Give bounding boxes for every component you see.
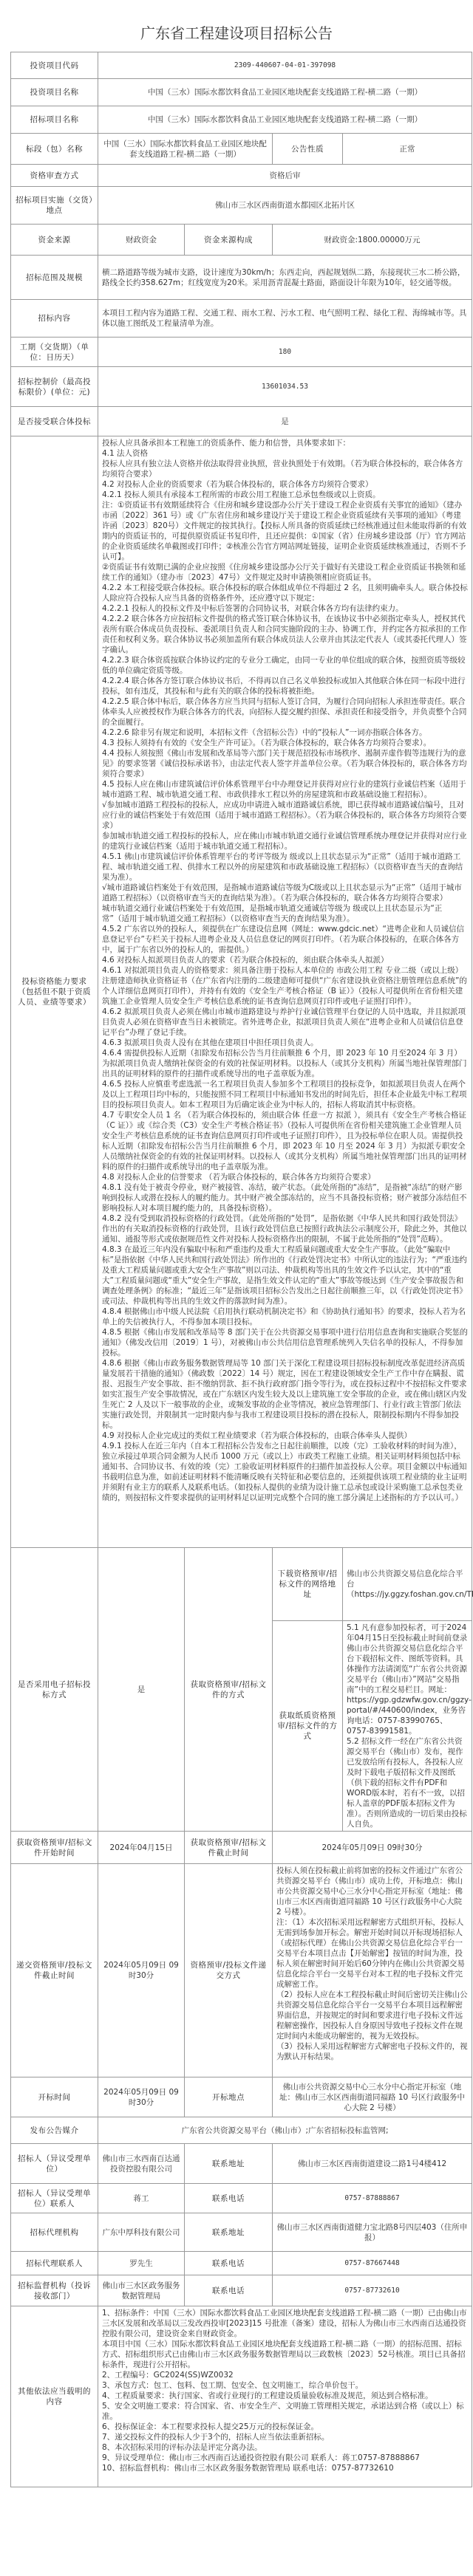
label-agency-contact: 招标代理联系人 xyxy=(11,2252,98,2275)
label-duration: 工期（交货期）（单位：日历天） xyxy=(11,338,98,367)
req-para: 投标人应具备承担本工程施工的资质条件、能力和信誉，具体要求如下： xyxy=(102,438,468,448)
req-para: 4.2.2.6 除非另有规定和说明，本招标文件（含招标公告）中的“投标人”一词亦… xyxy=(102,727,468,738)
req-para: 4.2.1 投标人须具有承接本工程所需的市政公用工程施工总承包叁级或以上资质。 xyxy=(102,490,468,500)
value-obtain-end: 2024年05月09日 09时30分 xyxy=(273,1832,472,1864)
req-para: 城市轨道交通行业诚信档案处于有效范围，是指城市轨道交通诚信等级为 级或以上且状态… xyxy=(102,903,468,924)
row-agency-contact: 招标代理联系人 罗先生 联系电话 0757-87667448 xyxy=(11,2252,472,2275)
req-para: 4.5.1 佛山市建筑诚信评价体系管理平台的考评等级为 级或以上且状态显示为“正… xyxy=(102,852,468,883)
req-para: 参加城市轨道交通工程投标的投标人，应在佛山市城市轨道交通行业诚信管理系统办理登记… xyxy=(102,831,468,852)
value-paper-method: 5.1 凡有意参加投标者，可于2024年04月15日至投标截止时间前登录佛山市公… xyxy=(343,1621,472,1832)
req-para: 4.6.5 投标人应慎重考虑选派一名工程项目负责人参加多个工程项目的投标竞争，如… xyxy=(102,1079,468,1110)
row-electronic-download: 是否采用电子招标投标方式 是 获取资格预审/招标文件的方式 下载资格预审/招标文… xyxy=(11,1548,472,1621)
value-opening-time: 2024年05月09日 09时30分 xyxy=(98,2077,185,2117)
req-para: 4.8 对投标人企业的信誉要求 （若为联合体投标的，联合体各方均须符合要求） xyxy=(102,1172,468,1182)
label-requirements: 投标资格能力要求（包括但不限于资质人员、业绩等要求） xyxy=(11,436,98,1548)
value-tender-project-name: 中国（三水）国际水都饮料食品工业园区地块配套支线道路工程-横二路（一期） xyxy=(98,106,472,134)
req-para: 4.7 专职安全人员 1 名 （若为联合体投标的，须由联合体 任意一方 拟派 ）… xyxy=(102,1110,468,1172)
row-tenderer-contact: 招标人（异议受理单位）联系人 蒋工 联系电话 0757-87888867 xyxy=(11,2184,472,2213)
label-scope: 招标范围及规模 xyxy=(11,256,98,300)
req-para: 4.3 投标人须持有有效的《安全生产许可证》。（若为联合体投标的，联合体各方均须… xyxy=(102,738,468,748)
req-para: 注：①资质证书有效期延续符合《住房和城乡建设部办公厅关于建设工程企业资质有关事宜… xyxy=(102,500,468,562)
req-para: 4.4 投标人须按照《佛山市发展和改革局等六部门关于规范招投标市场秩序、遏制弄虚… xyxy=(102,748,468,779)
value-investment-code: 2309-440607-04-01-397098 xyxy=(98,52,472,79)
row-opening: 开标时间 2024年05月09日 09时30分 开标地点 佛山市公共资源交易中心… xyxy=(11,2077,472,2117)
others-para: 2、工程编号：GC2024(SS)WZ0032 xyxy=(102,2370,468,2380)
others-para: 10、招标监督机构：佛山市三水区政务服务数据管理局 联系电话：0757-8773… xyxy=(102,2463,468,2473)
value-agency: 广东中厚科技有限公司 xyxy=(98,2213,185,2252)
label-agency: 招标代理机构 xyxy=(11,2213,98,2252)
value-funding: 财政资金 xyxy=(98,225,185,256)
req-para: 4.2.2.2 联合体各方应按招标文件提供的格式签订联合体协议书，在该协议书中必… xyxy=(102,614,468,655)
row-tender-project-name: 招标项目名称 中国（三水）国际水都饮料食品工业园区地块配套支线道路工程-横二路（… xyxy=(11,106,472,134)
req-para: 4.8.2 没有受到取消投标资格的行政处罚。（此处所指的“处罚”，是指依据《中华… xyxy=(102,1213,468,1244)
value-agency-contact: 罗先生 xyxy=(98,2252,185,2275)
value-consortium: 是 xyxy=(98,407,472,436)
req-para: 4.1 法人资格 xyxy=(102,448,468,459)
value-download-address[interactable]: 佛山市公共资源交易信息化综合平台 （https://jy.ggzy.foshan… xyxy=(343,1548,472,1621)
req-para: 4.6.3 拟派项目负责人没有在其他在建项目中担任项目负责人。 xyxy=(102,1038,468,1048)
req-para: 4.6 对投标人拟派项目负责人的要求（若为联合体投标的，须由联合体牵头人拟派） xyxy=(102,955,468,965)
req-para: 4.2.2.1 投标人的投标文件及中标后签署的合同协议书，对联合体各方均有法律约… xyxy=(102,603,468,614)
req-para: 4.8.1 没有处于被责令停业，财产被接管、冻结，破产状态。（此处所指的“冻结”… xyxy=(102,1182,468,1213)
others-para: 8、本次招标采用的评标办法是评定分离办法。 xyxy=(102,2442,468,2453)
row-qualification-review: 资格审查方式 资格后审 xyxy=(11,165,472,187)
label-tenderer-phone: 联系电话 xyxy=(185,2184,273,2213)
label-obtain-end: 获取资格预审/招标文件截止时间 xyxy=(185,1832,273,1864)
row-tenderer: 招标人（异议受理单位） 佛山市三水西南百达通投资控股有限公司 联系地址 佛山市三… xyxy=(11,2144,472,2184)
req-para: 4.5.2 广东省以外的投标人，须提供在广东建设信息网（网址：www.gdcic… xyxy=(102,924,468,955)
req-para: ②资质证书有效期已满的企业应按照《住房城乡建设部办公厅关于做好有关建设工程企业资… xyxy=(102,562,468,583)
value-supervisor: 佛山市三水区政务服务数据管理局 xyxy=(98,2275,185,2306)
label-funding-composition: 资金来源构成 xyxy=(185,225,273,256)
label-section-name: 标段（包）名称 xyxy=(11,134,98,165)
value-media: 广东省公共资源交易平台（佛山市）;广东省招标投标监管网; xyxy=(98,2117,472,2144)
req-para: 4.8.5 根据《佛山市发展和改革局等 8 部门关于在公共资源交易事项中进行信用… xyxy=(102,1327,468,1358)
others-para: 6、投标保证金：本工程要求投标人提交25万元的投标保证金。 xyxy=(102,2422,468,2432)
label-content: 招标内容 xyxy=(11,300,98,338)
label-location: 招标项目实施（交货）地点 xyxy=(11,187,98,225)
label-consortium: 是否接受联合体投标 xyxy=(11,407,98,436)
label-tender-project-name: 招标项目名称 xyxy=(11,106,98,134)
row-investment-name: 投资项目名称 中国（三水）国际水都饮料食品工业园区地块配套支线道路工程-横二路（… xyxy=(11,79,472,106)
row-consortium: 是否接受联合体投标 是 xyxy=(11,407,472,436)
label-notice-nature: 公告性质 xyxy=(273,134,343,165)
row-others: 其他依法应当载明的内容 1、招标条件：中国（三水）国际水都饮料食品工业园区地块配… xyxy=(11,2306,472,2487)
value-tenderer-address: 佛山市三水区西南街道建设二路1号4楼412 xyxy=(273,2144,472,2184)
others-para: 3、承包方式：包工、包料、包工期、包安全、包文明施工，综合单价包干。 xyxy=(102,2380,468,2391)
req-para: √城市道路诚信档案处于有效范围，是指城市道路诚信等级为C级或以上且状态显示为“正… xyxy=(102,883,468,903)
value-submission-deadline: 2024年05月09日 09时30分 xyxy=(98,1864,185,2077)
req-para: 4.2.2 本工程接受联合体投标。联合体投标的联合体组成单位不得超过 2 名，且… xyxy=(102,583,468,603)
req-para: 4.6.4 需提供投标人近期（扣除发布招标公告当月往前顺推 6 个月，即 202… xyxy=(102,1048,468,1079)
label-investment-name: 投资项目名称 xyxy=(11,79,98,106)
label-agency-address: 联系地址 xyxy=(185,2213,273,2252)
req-para: 4.2 对投标人企业的资质要求（若为联合体投标的，联合体各方均须符合要求） xyxy=(102,479,468,490)
label-supervisor-phone: 联系电话 xyxy=(185,2275,273,2306)
value-content: 本项目工程内容为道路工程、交通工程、雨水工程、污水工程、电气照明工程、绿化工程、… xyxy=(98,300,472,338)
req-para: 4.5 投标人应在佛山市建筑诚信评价体系管理平台中办理登记并获得对应行业的建筑行… xyxy=(102,779,468,800)
label-paper-method: 获取纸质资格预审/招标文件的方式 xyxy=(273,1621,343,1832)
req-para: 4.9 对投标人企业完成过的类似工程业绩要求（若为联合体投标的，由联合体牵头人提… xyxy=(102,1431,468,1441)
label-electronic: 是否采用电子招标投标方式 xyxy=(11,1548,98,1832)
others-para: 7、递交投标文件的投标人少于3个的，招标人应当依法重新招标。 xyxy=(102,2432,468,2442)
value-supervisor-phone: 0757-87732610 xyxy=(273,2275,472,2306)
req-para: 4.6.1 对拟派项目负责人的资格要求：须具备注册于投标人本单位的 市政公用工程… xyxy=(102,965,468,1007)
value-investment-name: 中国（三水）国际水都饮料食品工业园区地块配套支线道路工程-横二路（一期） xyxy=(98,79,472,106)
row-scope: 招标范围及规模 横二路道路等级为城市支路，设计速度为30km/h；东西走向，西起… xyxy=(11,256,472,300)
label-obtain-start: 获取资格预审/招标文件开始时间 xyxy=(11,1832,98,1864)
row-price-cap: 招标控制价（最高投标限价）(单位：元) 13601034.53 xyxy=(11,367,472,407)
value-obtain-start: 2024年04月15日 xyxy=(98,1832,185,1864)
row-media: 发布公告媒介 广东省公共资源交易平台（佛山市）;广东省招标投标监管网; xyxy=(11,2117,472,2144)
row-section-name: 标段（包）名称 中国（三水）国际水都饮料食品工业园区地块配套支线道路工程-横二路… xyxy=(11,134,472,165)
value-requirements: 投标人应具备承担本工程施工的资质条件、能力和信誉，具体要求如下： 4.1 法人资… xyxy=(98,436,472,1548)
req-para: 4.8.6 根据《佛山市政务服务数据管理局等 10 部门关于深化工程建设项目招标… xyxy=(102,1358,468,1431)
value-scope: 横二路道路等级为城市支路，设计速度为30km/h；东西走向，西起规划纵二路，东接… xyxy=(98,256,472,300)
label-investment-code: 投资项目代码 xyxy=(11,52,98,79)
label-qualification-review: 资格审查方式 xyxy=(11,165,98,187)
label-others: 其他依法应当载明的内容 xyxy=(11,2306,98,2487)
label-agency-phone: 联系电话 xyxy=(185,2252,273,2275)
tender-announcement-table: 投资项目代码 2309-440607-04-01-397098 投资项目名称 中… xyxy=(10,52,472,2487)
row-supervisor: 招标监督机构（投诉接收部门） 佛山市三水区政务服务数据管理局 联系电话 0757… xyxy=(11,2275,472,2306)
label-opening-time: 开标时间 xyxy=(11,2077,98,2117)
row-investment-code: 投资项目代码 2309-440607-04-01-397098 xyxy=(11,52,472,79)
req-para: 4.9.1 投标人在近三年内（自本工程招标公告发布之日起往前顺推，以竣（完）工验… xyxy=(102,1441,468,1503)
value-section-name: 中国（三水）国际水都饮料食品工业园区地块配套支线道路工程-横二路（一期） xyxy=(98,134,273,165)
row-funding: 资金来源 财政资金 资金来源构成 财政资金:1800.00000万元 xyxy=(11,225,472,256)
row-requirements: 投标资格能力要求（包括但不限于资质人员、业绩等要求） 投标人应具备承担本工程施工… xyxy=(11,436,472,1548)
label-price-cap: 招标控制价（最高投标限价）(单位：元) xyxy=(11,367,98,407)
others-para: 本项目中国（三水）国际水都饮料食品工业园区地块配套支线道路工程-横二路（一期）的… xyxy=(102,2339,468,2370)
row-content: 招标内容 本项目工程内容为道路工程、交通工程、雨水工程、污水工程、电气照明工程、… xyxy=(11,300,472,338)
value-submission-method: 投标人须在投标截止前将加密的投标文件通过广东省公共资源交易平台（佛山市）成功上传… xyxy=(273,1864,472,2077)
label-opening-place: 开标地点 xyxy=(185,2077,273,2117)
row-submission: 递交资格预审/投标文件截止时间 2024年05月09日 09时30分 资格预审/… xyxy=(11,1864,472,2077)
page-title: 广东省工程建设项目招标公告 xyxy=(0,0,473,52)
value-tenderer-phone: 0757-87888867 xyxy=(273,2184,472,2213)
label-tenderer-contact: 招标人（异议受理单位）联系人 xyxy=(11,2184,98,2213)
label-submission-method: 资格预审/投标文件递交方式 xyxy=(185,1864,273,2077)
label-media: 发布公告媒介 xyxy=(11,2117,98,2144)
req-para: 投标人应具有独立法人资格并依法取得营业执照，营业执照处于有效期。（若为联合体投标… xyxy=(102,459,468,479)
value-agency-phone: 0757-87667448 xyxy=(273,2252,472,2275)
req-para: 4.6.2 拟派项目负责人必须在佛山市城市道路建设与养护行业诚信管理平台登记的人… xyxy=(102,1007,468,1038)
value-agency-address: 佛山市三水区西南街道健力宝北路8号四层403（住所申报） xyxy=(273,2213,472,2252)
value-others: 1、招标条件：中国（三水）国际水都饮料食品工业园区地块配套支线道路工程-横二路（… xyxy=(98,2306,472,2487)
value-opening-place: 佛山市公共资源交易中心三水分中心指定开标室（地址：佛山市三水区西南街道同福路 1… xyxy=(273,2077,472,2117)
value-tenderer: 佛山市三水西南百达通投资控股有限公司 xyxy=(98,2144,185,2184)
row-duration: 工期（交货期）（单位：日历天） 180 xyxy=(11,338,472,367)
others-para: 4、工程质量要求：执行国家、省或行业现行的工程建设质量验收标准及规范，须达到合格… xyxy=(102,2391,468,2401)
label-obtain-method: 获取资格预审/招标文件的方式 xyxy=(185,1548,273,1832)
others-para: 5、安全文明施工要求：符合国家、省、市安全生产、文明施工管理相关规定，承诺达到合… xyxy=(102,2401,468,2422)
label-supervisor: 招标监督机构（投诉接收部门） xyxy=(11,2275,98,2306)
label-funding: 资金来源 xyxy=(11,225,98,256)
req-para: √参加城市道路工程投标的投标人，应成功申请进入城市道路诚信系统，即已获得城市道路… xyxy=(102,800,468,831)
req-para: 4.2.2.4 联合体各方签订联合体协议书后，不得再以自己名义单独投标或加入其他… xyxy=(102,676,468,696)
page-bottom-spacer xyxy=(0,2487,473,2499)
label-submission-deadline: 递交资格预审/投标文件截止时间 xyxy=(11,1864,98,2077)
value-location: 佛山市三水区西南街道水都园区北拓片区 xyxy=(98,187,472,225)
value-funding-composition: 财政资金:1800.00000万元 xyxy=(273,225,472,256)
row-agency: 招标代理机构 广东中厚科技有限公司 联系地址 佛山市三水区西南街道健力宝北路8号… xyxy=(11,2213,472,2252)
value-electronic: 是 xyxy=(98,1548,185,1832)
label-download-address: 下载资格预审/招标文件的网络地址 xyxy=(273,1548,343,1621)
value-notice-nature: 正常 xyxy=(343,134,472,165)
others-para: 9、异议受理单位：佛山市三水西南百达通投资控股有限公司 联系人：蒋工0757-8… xyxy=(102,2453,468,2463)
value-qualification-review: 资格后审 xyxy=(98,165,472,187)
req-para: 4.8.3 在最近三年内没有骗取中标和严重违约及重大工程质量问题或重大安全生产事… xyxy=(102,1244,468,1306)
value-tenderer-contact: 蒋工 xyxy=(98,2184,185,2213)
req-para: 4.8.4 根据佛山市中级人民法院《启用执行联动机制决定书》和《协助执行通知书》… xyxy=(102,1306,468,1327)
row-obtain-time: 获取资格预审/招标文件开始时间 2024年04月15日 获取资格预审/招标文件截… xyxy=(11,1832,472,1864)
label-tenderer-address: 联系地址 xyxy=(185,2144,273,2184)
req-para: 4.2.2.5 联合体中标后，联合体各方应当共同与招标人签订合同，为履行合同向招… xyxy=(102,696,468,727)
label-tenderer: 招标人（异议受理单位） xyxy=(11,2144,98,2184)
value-duration: 180 xyxy=(98,338,472,367)
req-para: 4.2.2.3 联合体资质按联合体协议约定的专业分工确定，由同一专业的单位组成的… xyxy=(102,655,468,676)
value-price-cap: 13601034.53 xyxy=(98,367,472,407)
others-para: 1、招标条件：中国（三水）国际水都饮料食品工业园区地块配套支线道路工程-横二路（… xyxy=(102,2308,468,2339)
row-location: 招标项目实施（交货）地点 佛山市三水区西南街道水都园区北拓片区 xyxy=(11,187,472,225)
